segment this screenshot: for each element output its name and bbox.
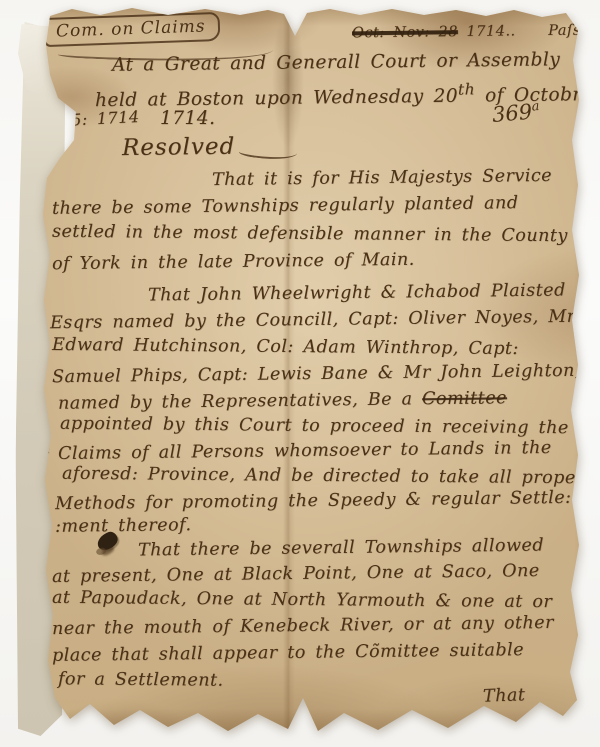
page-number-text: 369 [491,100,533,127]
page-number-suffix: a [531,99,540,115]
manuscript-line: Edward Hutchinson, Col: Adam Winthrop, C… [52,335,519,359]
manuscript-page: Com. on Claims Oct: Nov: 28 1714.. Paſs … [0,0,600,747]
heading-line-1: At a Great and Generall Court or Assembl… [112,49,561,75]
date-tail: 1714.. [458,23,516,40]
manuscript-line: for a Settlement. [58,669,224,690]
manuscript-line: place that shall appear to the Cõmittee … [52,640,524,666]
manuscript-line: settled in the most defensible manner in… [52,222,568,247]
scanned-manuscript: Com. on Claims Oct: Nov: 28 1714.. Paſs … [0,0,600,747]
manuscript-line: Samuel Phips, Capt: Lewis Bane & Mr John… [52,361,581,387]
page-number: 369a [491,99,541,127]
line-text: named by the Representatives, Be a [58,389,422,413]
resolved-heading: Resolved [122,133,298,161]
manuscript-line: Methods for promoting the Speedy & regul… [55,488,572,514]
manuscript-line: Claims of all Persons whomsoever to Land… [58,438,552,464]
catchword: That [483,685,526,706]
struck-date-note: Oct: Nov: 28 1714.. Paſs [352,23,581,42]
manuscript-line: named by the Representatives, Be a Comit… [58,388,507,413]
manuscript-line: at present, One at Black Point, One at S… [52,561,540,587]
manuscript-line: Esqrs named by the Councill, Capt: Olive… [50,307,576,333]
pass-note: Paſs [548,23,581,39]
manuscript-line: That John Wheelwright & Ichabod Plaisted [148,280,566,305]
manuscript-line: appointed by this Court to proceed in re… [60,414,569,438]
manuscript-line: near the mouth of Kenebeck River, or at … [52,613,554,639]
struck-word: Comittee [422,388,507,409]
struck-date-text: Oct: Nov: 28 [352,24,458,41]
manuscript-line: there be some Townships regularly plante… [52,193,519,219]
center-fold-shadow [272,8,304,148]
manuscript-line: of York in the late Province of Main. [52,250,415,274]
manuscript-line: at Papoudack, One at North Yarmouth & on… [52,588,552,612]
margin-date: Nov: 5: 1714 [22,107,140,132]
ordinal-superscript: th [458,80,475,98]
manuscript-line: :ment thereof. [55,515,192,537]
manuscript-line: That it is for His Majestys Service [212,166,552,190]
manuscript-line: aforesd: Province, And be directed to ta… [62,464,585,489]
margin-continuation-mark: = [36,441,51,461]
heading-year: 1714. [160,108,215,129]
manuscript-line: That there be severall Townships allowed [138,536,544,561]
heading-line-2-text: held at Boston upon Wednesday 20 [95,86,458,111]
paper-wrap: Com. on Claims Oct: Nov: 28 1714.. Paſs … [0,0,600,747]
